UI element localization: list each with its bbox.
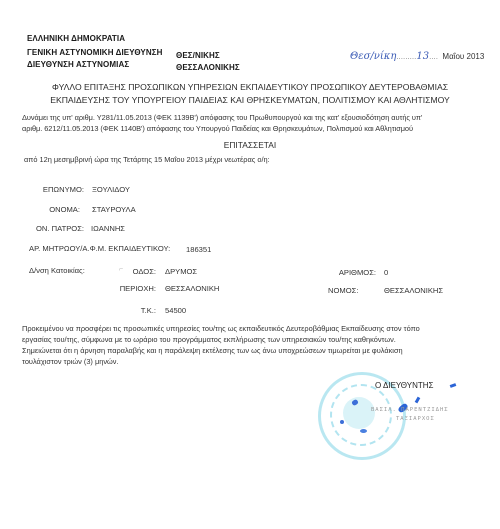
body-line4: τουλάχιστον τριών (3) μηνών. <box>22 357 119 366</box>
name-label: ΟΝΟΜΑ: <box>20 205 80 214</box>
header-police-directorate: ΔΙΕΥΘΥΝΣΗ ΑΣΤΥΝΟΜΙΑΣ <box>27 60 129 69</box>
header-city-full: ΘΕΣΣΑΛΟΝΙΚΗΣ <box>176 63 240 72</box>
street-label: ΟΔΟΣ: <box>120 267 156 276</box>
body-line1: Προκειμένου να προσφέρει τις προσωπικές … <box>22 324 420 333</box>
father-name-value: ΙΩΑΝΝΗΣ <box>91 224 125 233</box>
street-number-label: ΑΡΙΘΜΟΣ: <box>322 268 376 277</box>
document-title-line1: ΦΥΛΛΟ ΕΠΙΤΑΞΗΣ ΠΡΟΣΩΠΙΚΩΝ ΥΠΗΡΕΣΙΩΝ ΕΚΠΑ… <box>0 82 500 92</box>
date-day-handwritten: 13 <box>416 51 429 62</box>
registry-label: ΑΡ. ΜΗΤΡΩΟΥ/Α.Φ.Μ. ΕΚΠΑΙΔΕΥΤΙΚΟΥ: <box>29 244 170 253</box>
father-name-label: ΟΝ. ΠΑΤΡΟΣ: <box>20 224 84 233</box>
document-title-line2: ΕΚΠΑΙΔΕΥΣΗΣ ΤΟΥ ΥΠΟΥΡΓΕΙΟΥ ΠΑΙΔΕΙΑΣ ΚΑΙ … <box>0 95 500 105</box>
prefecture-label: ΝΟΜΟΣ: <box>328 286 358 295</box>
date-place-handwritten: Θεσ/νίκη <box>350 51 396 62</box>
name-value: ΣΤΑΥΡΟΥΛΑ <box>92 205 136 214</box>
postal-code-label: Τ.Κ.: <box>120 306 156 315</box>
date-dots: ......... <box>396 52 416 61</box>
header-republic: ΕΛΛΗΝΙΚΗ ΔΗΜΟΚΡΑΤΙΑ <box>27 34 125 43</box>
street-value: ΔΡΥΜΟΣ <box>165 267 197 276</box>
body-line3: Σημειώνεται ότι η άρνηση παραλαβής και η… <box>22 346 403 355</box>
prefecture-value: ΘΕΣΣΑΛΟΝΙΚΗΣ <box>384 286 443 295</box>
date-line: Θεσ/νίκη.........13.... Μαΐου 2013 <box>350 46 484 64</box>
effective-from-line: από 12η μεσημβρινή ώρα της Τετάρτης 15 Μ… <box>24 155 270 164</box>
preamble-line2: αριθμ. 6212/11.05.2013 (ΦΕΚ 1140Β') απόφ… <box>22 124 413 133</box>
date-dots: .... <box>429 52 438 61</box>
area-label: ΠΕΡΙΟΧΗ: <box>100 284 156 293</box>
area-value: ΘΕΣΣΑΛΟΝΙΚΗ <box>165 284 219 293</box>
body-line2: εργασίας του/της, σύμφωνα με το ωράριο τ… <box>22 335 396 344</box>
address-label: Δ/νση Κατοικίας: <box>29 266 85 275</box>
surname-value: ΞΟΥΛΙΔΟΥ <box>92 185 130 194</box>
signature-ink-mark <box>415 397 421 404</box>
preamble-line1: Δυνάμει της υπ' αριθμ. Υ281/11.05.2013 (… <box>22 113 422 122</box>
header-general-police-directorate: ΓΕΝΙΚΗ ΑΣΤΥΝΟΜΙΚΗ ΔΙΕΥΘΥΝΣΗ <box>27 48 163 57</box>
surname-label: ΕΠΩΝΥΜΟ: <box>20 185 84 194</box>
stamp-signatory-rank: ΤΑΞΙΑΡΧΟΣ <box>396 416 435 422</box>
order-heading: ΕΠΙΤΑΣΣΕΤΑΙ <box>0 140 500 150</box>
registry-value: 186351 <box>186 245 211 254</box>
postal-code-value: 54500 <box>165 306 186 315</box>
signature-ink-mark <box>450 383 457 388</box>
street-number-value: 0 <box>384 268 388 277</box>
signatory-title: Ο ΔΙΕΥΘΥΝΤΗΣ <box>375 381 433 390</box>
date-month-year: Μαΐου 2013 <box>442 52 484 61</box>
stamp-signatory-name: ΒΑΣΙΛ. ΠΑΡΕΝΤΖΙΔΗΣ <box>371 407 449 413</box>
header-city-short: ΘΕΣ/ΝΙΚΗΣ <box>176 51 220 60</box>
